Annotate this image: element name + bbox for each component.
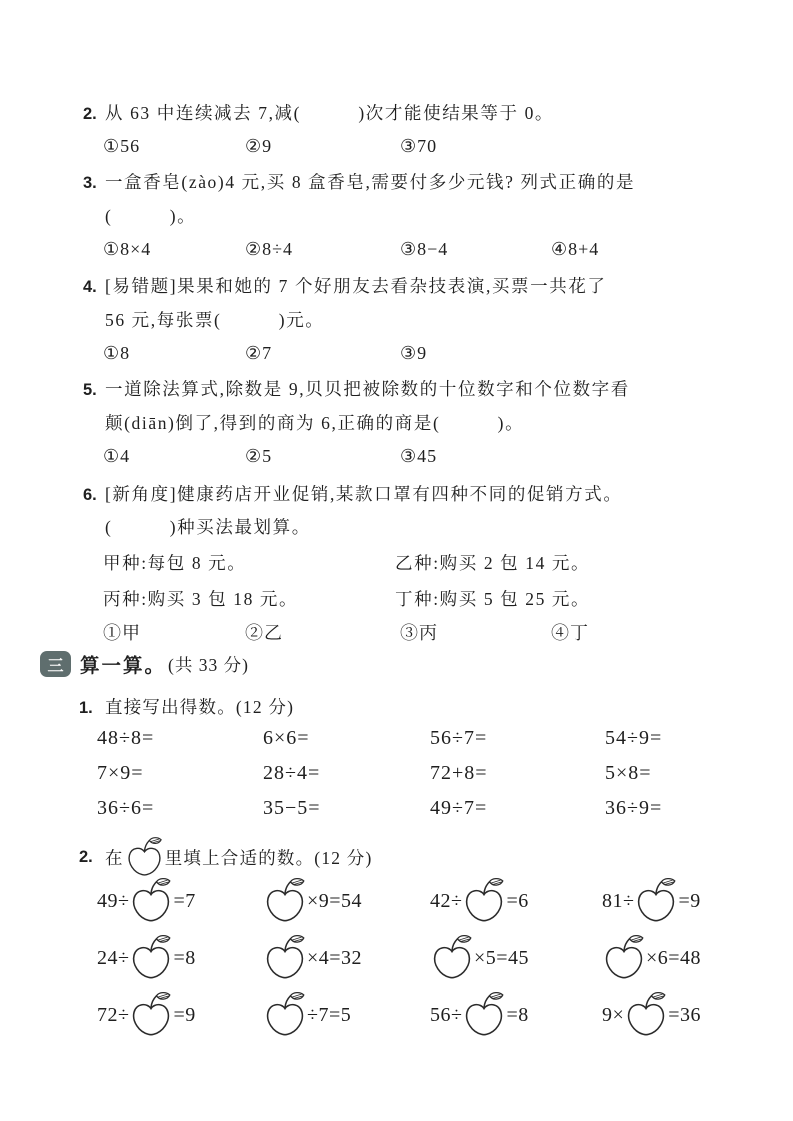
apple-equation: 81÷=9 bbox=[602, 877, 763, 925]
calc-expression: 7×9= bbox=[97, 762, 263, 785]
equation-text: 49÷ bbox=[97, 890, 129, 913]
question-5-text-line2: 颠(diān)倒了,得到的商为 6,正确的商是( )。 bbox=[105, 411, 763, 435]
question-text: 一道除法算式,除数是 9,贝贝把被除数的十位数字和个位数字看 bbox=[105, 379, 630, 399]
equation-text: =6 bbox=[506, 890, 528, 913]
equation-text: 24÷ bbox=[97, 947, 129, 970]
question-4-options: ①8 ②7 ③9 bbox=[103, 343, 763, 364]
apple-equation: 9×=36 bbox=[602, 991, 763, 1039]
apple-icon bbox=[129, 877, 173, 925]
option: ②8÷4 bbox=[245, 239, 400, 260]
option: ③8−4 bbox=[400, 239, 551, 260]
apple-equation-row-2: 24÷=8 ×4=32 ×5=45 ×6=48 bbox=[97, 931, 763, 985]
equation-text: ÷7=5 bbox=[307, 1004, 351, 1027]
calc-expression: 28÷4= bbox=[263, 762, 430, 785]
apple-icon bbox=[634, 877, 678, 925]
question-number: 5. bbox=[83, 378, 105, 402]
option: ④8+4 bbox=[551, 239, 763, 260]
calc-expression: 5×8= bbox=[605, 762, 763, 785]
calc-expression: 48÷8= bbox=[97, 727, 263, 750]
question-number: 1. bbox=[79, 699, 101, 718]
apple-equation-row-1: 49÷=7 ×9=54 42÷=6 81÷=9 bbox=[97, 874, 763, 928]
option: ②7 bbox=[245, 343, 400, 364]
question-3-text-line2: ( )。 bbox=[105, 204, 763, 228]
apple-equation-row-3: 72÷=9 ÷7=5 56÷=8 9×=36 bbox=[97, 988, 763, 1042]
apple-equation: ×9=54 bbox=[263, 877, 430, 925]
question-2-options: ①56 ②9 ③70 bbox=[103, 136, 763, 157]
sub-question-2-title: 2. 在 里填上合适的数。(12 分) bbox=[79, 836, 763, 879]
option: ③9 bbox=[400, 343, 551, 364]
option: ①8 bbox=[103, 343, 245, 364]
apple-icon bbox=[462, 991, 506, 1039]
option: ③45 bbox=[400, 446, 551, 467]
question-4-text-line2: 56 元,每张票( )元。 bbox=[105, 308, 763, 332]
apple-equation: 24÷=8 bbox=[97, 934, 263, 982]
apple-equation: ×4=32 bbox=[263, 934, 430, 982]
question-5-options: ①4 ②5 ③45 bbox=[103, 446, 763, 467]
apple-icon bbox=[263, 877, 307, 925]
equation-text: =36 bbox=[668, 1004, 701, 1027]
apple-icon bbox=[125, 836, 164, 879]
equation-text: ×9=54 bbox=[307, 890, 362, 913]
equation-text: =9 bbox=[678, 890, 700, 913]
apple-equation: 49÷=7 bbox=[97, 877, 263, 925]
apple-icon bbox=[430, 934, 474, 982]
section-title: 算一算。 bbox=[80, 650, 166, 678]
question-text: 在 bbox=[105, 845, 124, 870]
question-number: 4. bbox=[83, 275, 105, 299]
apple-icon bbox=[129, 934, 173, 982]
section-three-icon: 三 bbox=[40, 651, 71, 677]
apple-equation: ÷7=5 bbox=[263, 991, 430, 1039]
question-number: 2. bbox=[79, 848, 101, 867]
section-score: (共 33 分) bbox=[168, 652, 249, 677]
apple-equation: 56÷=8 bbox=[430, 991, 602, 1039]
apple-equation: ×5=45 bbox=[430, 934, 602, 982]
equation-text: 81÷ bbox=[602, 890, 634, 913]
calc-expression: 36÷6= bbox=[97, 797, 263, 820]
option: ②乙 bbox=[245, 619, 400, 645]
question-6-text-line2: ( )种买法最划算。 bbox=[105, 515, 763, 539]
calc-expression: 54÷9= bbox=[605, 727, 763, 750]
equation-text: =8 bbox=[506, 1004, 528, 1027]
equation-text: ×5=45 bbox=[474, 947, 529, 970]
apple-icon bbox=[263, 934, 307, 982]
calc-row-3: 36÷6= 35−5= 49÷7= 36÷9= bbox=[97, 797, 763, 820]
apple-equation: 72÷=9 bbox=[97, 991, 263, 1039]
option: ②5 bbox=[245, 446, 400, 467]
question-text: 颠(diān)倒了,得到的商为 6,正确的商是( )。 bbox=[105, 413, 524, 433]
question-text: 里填上合适的数。(12 分) bbox=[165, 845, 373, 870]
question-6-price-list: 甲种:每包 8 元。 乙种:购买 2 包 14 元。 丙种:购买 3 包 18 … bbox=[103, 550, 763, 611]
calc-expression: 35−5= bbox=[263, 797, 430, 820]
question-6-options: ①甲 ②乙 ③丙 ④丁 bbox=[103, 619, 763, 645]
question-number: 6. bbox=[83, 483, 105, 507]
equation-text: =8 bbox=[173, 947, 195, 970]
option: ③70 bbox=[400, 136, 551, 157]
question-text: [易错题]果果和她的 7 个好朋友去看杂技表演,买票一共花了 bbox=[105, 276, 607, 296]
question-text: [新角度]健康药店开业促销,某款口罩有四种不同的促销方式。 bbox=[105, 484, 622, 504]
question-text: 56 元,每张票( )元。 bbox=[105, 310, 324, 330]
calc-expression: 56÷7= bbox=[430, 727, 605, 750]
option: ①甲 bbox=[103, 619, 245, 645]
worksheet-page: 2.从 63 中连续减去 7,减( )次才能使结果等于 0。 ①56 ②9 ③7… bbox=[0, 0, 793, 1121]
price-item: 甲种:每包 8 元。 bbox=[103, 550, 395, 575]
option: ①56 bbox=[103, 136, 245, 157]
equation-text: 9× bbox=[602, 1004, 624, 1027]
question-text: 直接写出得数。(12 分) bbox=[105, 697, 294, 717]
question-6-text: 6.[新角度]健康药店开业促销,某款口罩有四种不同的促销方式。 bbox=[83, 482, 763, 507]
apple-equation: ×6=48 bbox=[602, 934, 763, 982]
question-text: ( )。 bbox=[105, 206, 196, 226]
question-text: 一盒香皂(zào)4 元,买 8 盒香皂,需要付多少元钱? 列式正确的是 bbox=[105, 172, 635, 192]
question-2-text: 2.从 63 中连续减去 7,减( )次才能使结果等于 0。 bbox=[83, 101, 763, 126]
equation-text: 42÷ bbox=[430, 890, 462, 913]
calc-row-2: 7×9= 28÷4= 72+8= 5×8= bbox=[97, 762, 763, 785]
question-5-text: 5.一道除法算式,除数是 9,贝贝把被除数的十位数字和个位数字看 bbox=[83, 377, 763, 402]
question-number: 2. bbox=[83, 102, 105, 126]
calc-expression: 6×6= bbox=[263, 727, 430, 750]
equation-text: =9 bbox=[173, 1004, 195, 1027]
option: ①8×4 bbox=[103, 239, 245, 260]
equation-text: 56÷ bbox=[430, 1004, 462, 1027]
equation-text: 72÷ bbox=[97, 1004, 129, 1027]
option: ①4 bbox=[103, 446, 245, 467]
equation-text: ×4=32 bbox=[307, 947, 362, 970]
calc-expression: 72+8= bbox=[430, 762, 605, 785]
question-4-text: 4.[易错题]果果和她的 7 个好朋友去看杂技表演,买票一共花了 bbox=[83, 274, 763, 299]
option: ④丁 bbox=[551, 619, 763, 645]
price-item: 丙种:购买 3 包 18 元。 bbox=[103, 586, 395, 611]
apple-icon bbox=[263, 991, 307, 1039]
option: ③丙 bbox=[400, 619, 551, 645]
apple-icon bbox=[624, 991, 668, 1039]
question-text: ( )种买法最划算。 bbox=[105, 517, 311, 537]
apple-equation: 42÷=6 bbox=[430, 877, 602, 925]
question-3-options: ①8×4 ②8÷4 ③8−4 ④8+4 bbox=[103, 239, 763, 260]
apple-icon bbox=[129, 991, 173, 1039]
calc-expression: 36÷9= bbox=[605, 797, 763, 820]
sub-question-1-title: 1.直接写出得数。(12 分) bbox=[79, 694, 763, 719]
apple-icon bbox=[602, 934, 646, 982]
apple-icon bbox=[462, 877, 506, 925]
price-item: 丁种:购买 5 包 25 元。 bbox=[395, 586, 763, 611]
price-item: 乙种:购买 2 包 14 元。 bbox=[395, 550, 763, 575]
section-three-header: 三 算一算。 (共 33 分) bbox=[40, 650, 249, 678]
calc-expression: 49÷7= bbox=[430, 797, 605, 820]
question-text: 从 63 中连续减去 7,减( )次才能使结果等于 0。 bbox=[105, 103, 554, 123]
option: ②9 bbox=[245, 136, 400, 157]
calc-row-1: 48÷8= 6×6= 56÷7= 54÷9= bbox=[97, 727, 763, 750]
question-number: 3. bbox=[83, 171, 105, 195]
equation-text: ×6=48 bbox=[646, 947, 701, 970]
question-3-text: 3.一盒香皂(zào)4 元,买 8 盒香皂,需要付多少元钱? 列式正确的是 bbox=[83, 170, 763, 195]
equation-text: =7 bbox=[173, 890, 195, 913]
